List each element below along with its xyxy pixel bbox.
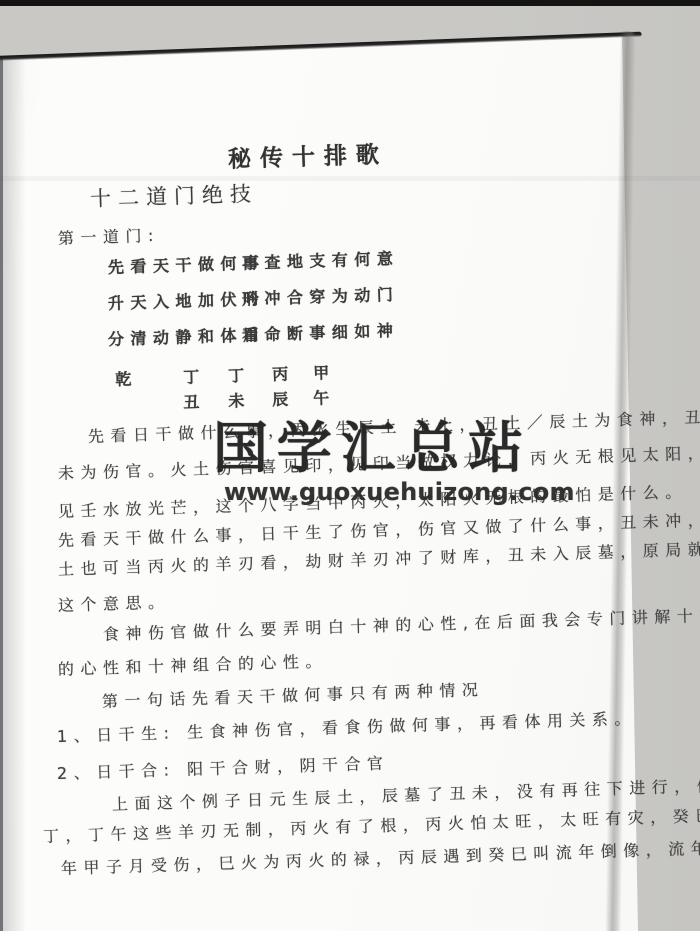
section-heading: 第一道门: bbox=[58, 226, 160, 249]
bazi-stem: 丁 bbox=[183, 367, 206, 388]
watermark-site-name: 国学汇总站 bbox=[213, 404, 532, 483]
scanner-top-bar bbox=[0, 0, 700, 6]
scanner-streak bbox=[0, 176, 700, 181]
bazi-branch: 丑 bbox=[183, 392, 206, 413]
bazi-gender-label: 乾 bbox=[115, 369, 138, 390]
bazi-stem: 丙 bbox=[272, 364, 295, 385]
paper-left-shade bbox=[0, 57, 26, 931]
watermark-site-url: www.guoxuehuizong.com bbox=[224, 478, 575, 506]
body-line: 这个意思。 bbox=[58, 592, 171, 616]
bazi-stem: 甲 bbox=[313, 363, 336, 384]
doc-subtitle: 十二道门绝技 bbox=[90, 184, 259, 209]
page-left-edge-line bbox=[0, 57, 3, 931]
bazi-stem: 丁 bbox=[228, 366, 251, 387]
scanned-book-page: 秘传十排歌 十二道门绝技 第一道门: 先看天干做何事 再查地支有何意 升天入地加… bbox=[0, 0, 700, 931]
doc-title: 秘传十排歌 bbox=[228, 145, 389, 170]
